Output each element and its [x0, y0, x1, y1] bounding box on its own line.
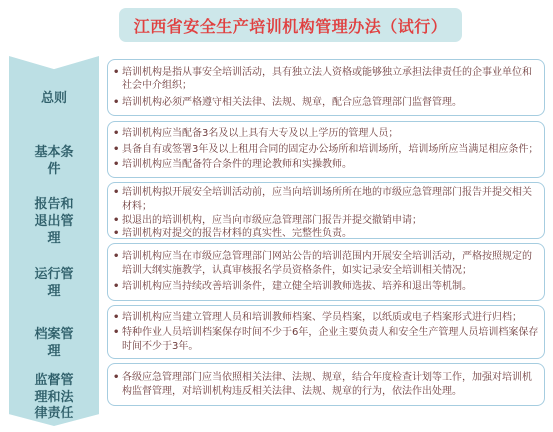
bullet-item: • 特种作业人员培训档案保存时间不少于6年，企业主要负责人和安全生产管理人员培训… [113, 326, 540, 354]
bullet-marker: • [113, 127, 122, 141]
bullet-item: • 培训机构应当建立管理人员和培训教师档案、学员档案，以纸质或电子档案形式进行归… [113, 311, 540, 325]
bullet-text: 具备自有或签署3年及以上租用合同的固定办公场所和培训场所，培训场所应当满足相应条… [122, 143, 540, 157]
section-box-supervision-legal: • 各级应急管理部门应当依照相关法律、法规、规章，结合年度检查计划等工作，加强对… [107, 363, 545, 406]
section-label: 报告和退出管理 [33, 187, 75, 248]
bullet-item: • 具备自有或签署3年及以上租用合同的固定办公场所和培训场所，培训场所应当满足相… [113, 143, 540, 157]
section-box-archives: • 培训机构应当建立管理人员和培训教师档案、学员档案，以纸质或电子档案形式进行归… [107, 305, 545, 359]
section-label: 监督管理和法律责任 [33, 363, 75, 424]
bullet-item: • 培训机构应当配备3名及以上具有大专及以上学历的管理人员； [113, 127, 540, 141]
bullet-marker: • [113, 280, 122, 294]
bullet-marker: • [113, 227, 122, 241]
section-label: 运行管理 [33, 257, 75, 301]
bullet-item: • 培训机构应当配备符合条件的理论教师和实操教师。 [113, 158, 540, 172]
section-box-report-exit: • 培训机构拟开展安全培训活动前，应当向培训场所所在地的市级应急管理部门报告并提… [107, 182, 545, 239]
bullet-item: • 培训机构应当在市级应急管理部门网站公告的培训范围内开展安全培训活动，严格按照… [113, 250, 540, 278]
bullet-marker: • [113, 143, 122, 157]
bullet-text: 培训机构拟开展安全培训活动前，应当向培训场所所在地的市级应急管理部门报告并提交相… [122, 186, 540, 214]
bullet-text: 特种作业人员培训档案保存时间不少于6年，企业主要负责人和安全生产管理人员培训档案… [122, 326, 540, 354]
bullet-marker: • [113, 186, 122, 200]
section-box-operation: • 培训机构应当在市级应急管理部门网站公告的培训范围内开展安全培训活动，严格按照… [107, 243, 545, 301]
section-label: 总则 [33, 81, 75, 108]
bullet-text: 培训机构应当建立管理人员和培训教师档案、学员档案，以纸质或电子档案形式进行归档； [122, 311, 540, 325]
bullet-marker: • [113, 371, 122, 385]
bullet-item: • 培训机构应当持续改善培训条件，建立健全培训教师选拔、培养和退出等机制。 [113, 280, 540, 294]
bullet-text: 培训机构是指从事安全培训活动，具有独立法人资格或能够独立承担法律责任的企事业单位… [122, 66, 540, 94]
section-label: 档案管理 [33, 317, 75, 361]
bullet-item: • 培训机构对提交的报告材料的真实性、完整性负责。 [113, 227, 540, 241]
bullet-text: 各级应急管理部门应当依照相关法律、法规、规章，结合年度检查计划等工作，加强对培训… [122, 371, 540, 399]
bullet-text: 培训机构应当持续改善培训条件，建立健全培训教师选拔、培养和退出等机制。 [122, 280, 540, 294]
bullet-marker: • [113, 326, 122, 340]
bullet-item: • 培训机构必须严格遵守相关法律、法规、规章，配合应急管理部门监督管理。 [113, 96, 540, 110]
bullet-marker: • [113, 66, 122, 80]
bullet-item: • 培训机构拟开展安全培训活动前，应当向培训场所所在地的市级应急管理部门报告并提… [113, 186, 540, 214]
bullet-text: 培训机构对提交的报告材料的真实性、完整性负责。 [122, 227, 540, 241]
bullet-item: • 各级应急管理部门应当依照相关法律、法规、规章，结合年度检查计划等工作，加强对… [113, 371, 540, 399]
bullet-item: • 拟退出的培训机构，应当向市级应急管理部门报告并提交撤销申请； [113, 214, 540, 228]
section-box-basic-conditions: • 培训机构应当配备3名及以上具有大专及以上学历的管理人员； • 具备自有或签署… [107, 121, 545, 178]
bullet-marker: • [113, 311, 122, 325]
bullet-marker: • [113, 214, 122, 228]
bullet-marker: • [113, 158, 122, 172]
section-label: 基本条件 [33, 135, 75, 179]
bullet-marker: • [113, 96, 122, 110]
bullet-item: • 培训机构是指从事安全培训活动，具有独立法人资格或能够独立承担法律责任的企事业… [113, 66, 540, 94]
bullet-marker: • [113, 250, 122, 264]
bullet-text: 拟退出的培训机构，应当向市级应急管理部门报告并提交撤销申请； [122, 214, 540, 228]
diagram-title: 江西省安全生产培训机构管理办法（试行） [119, 8, 462, 42]
bullet-text: 培训机构应当配备3名及以上具有大专及以上学历的管理人员； [122, 127, 540, 141]
bullet-text: 培训机构必须严格遵守相关法律、法规、规章，配合应急管理部门监督管理。 [122, 96, 540, 110]
bullet-text: 培训机构应当在市级应急管理部门网站公告的培训范围内开展安全培训活动，严格按照规定… [122, 250, 540, 278]
chevron-shape-general: 总则 [9, 56, 99, 133]
bullet-text: 培训机构应当配备符合条件的理论教师和实操教师。 [122, 158, 540, 172]
section-box-general: • 培训机构是指从事安全培训活动，具有独立法人资格或能够独立承担法律责任的企事业… [107, 59, 545, 116]
